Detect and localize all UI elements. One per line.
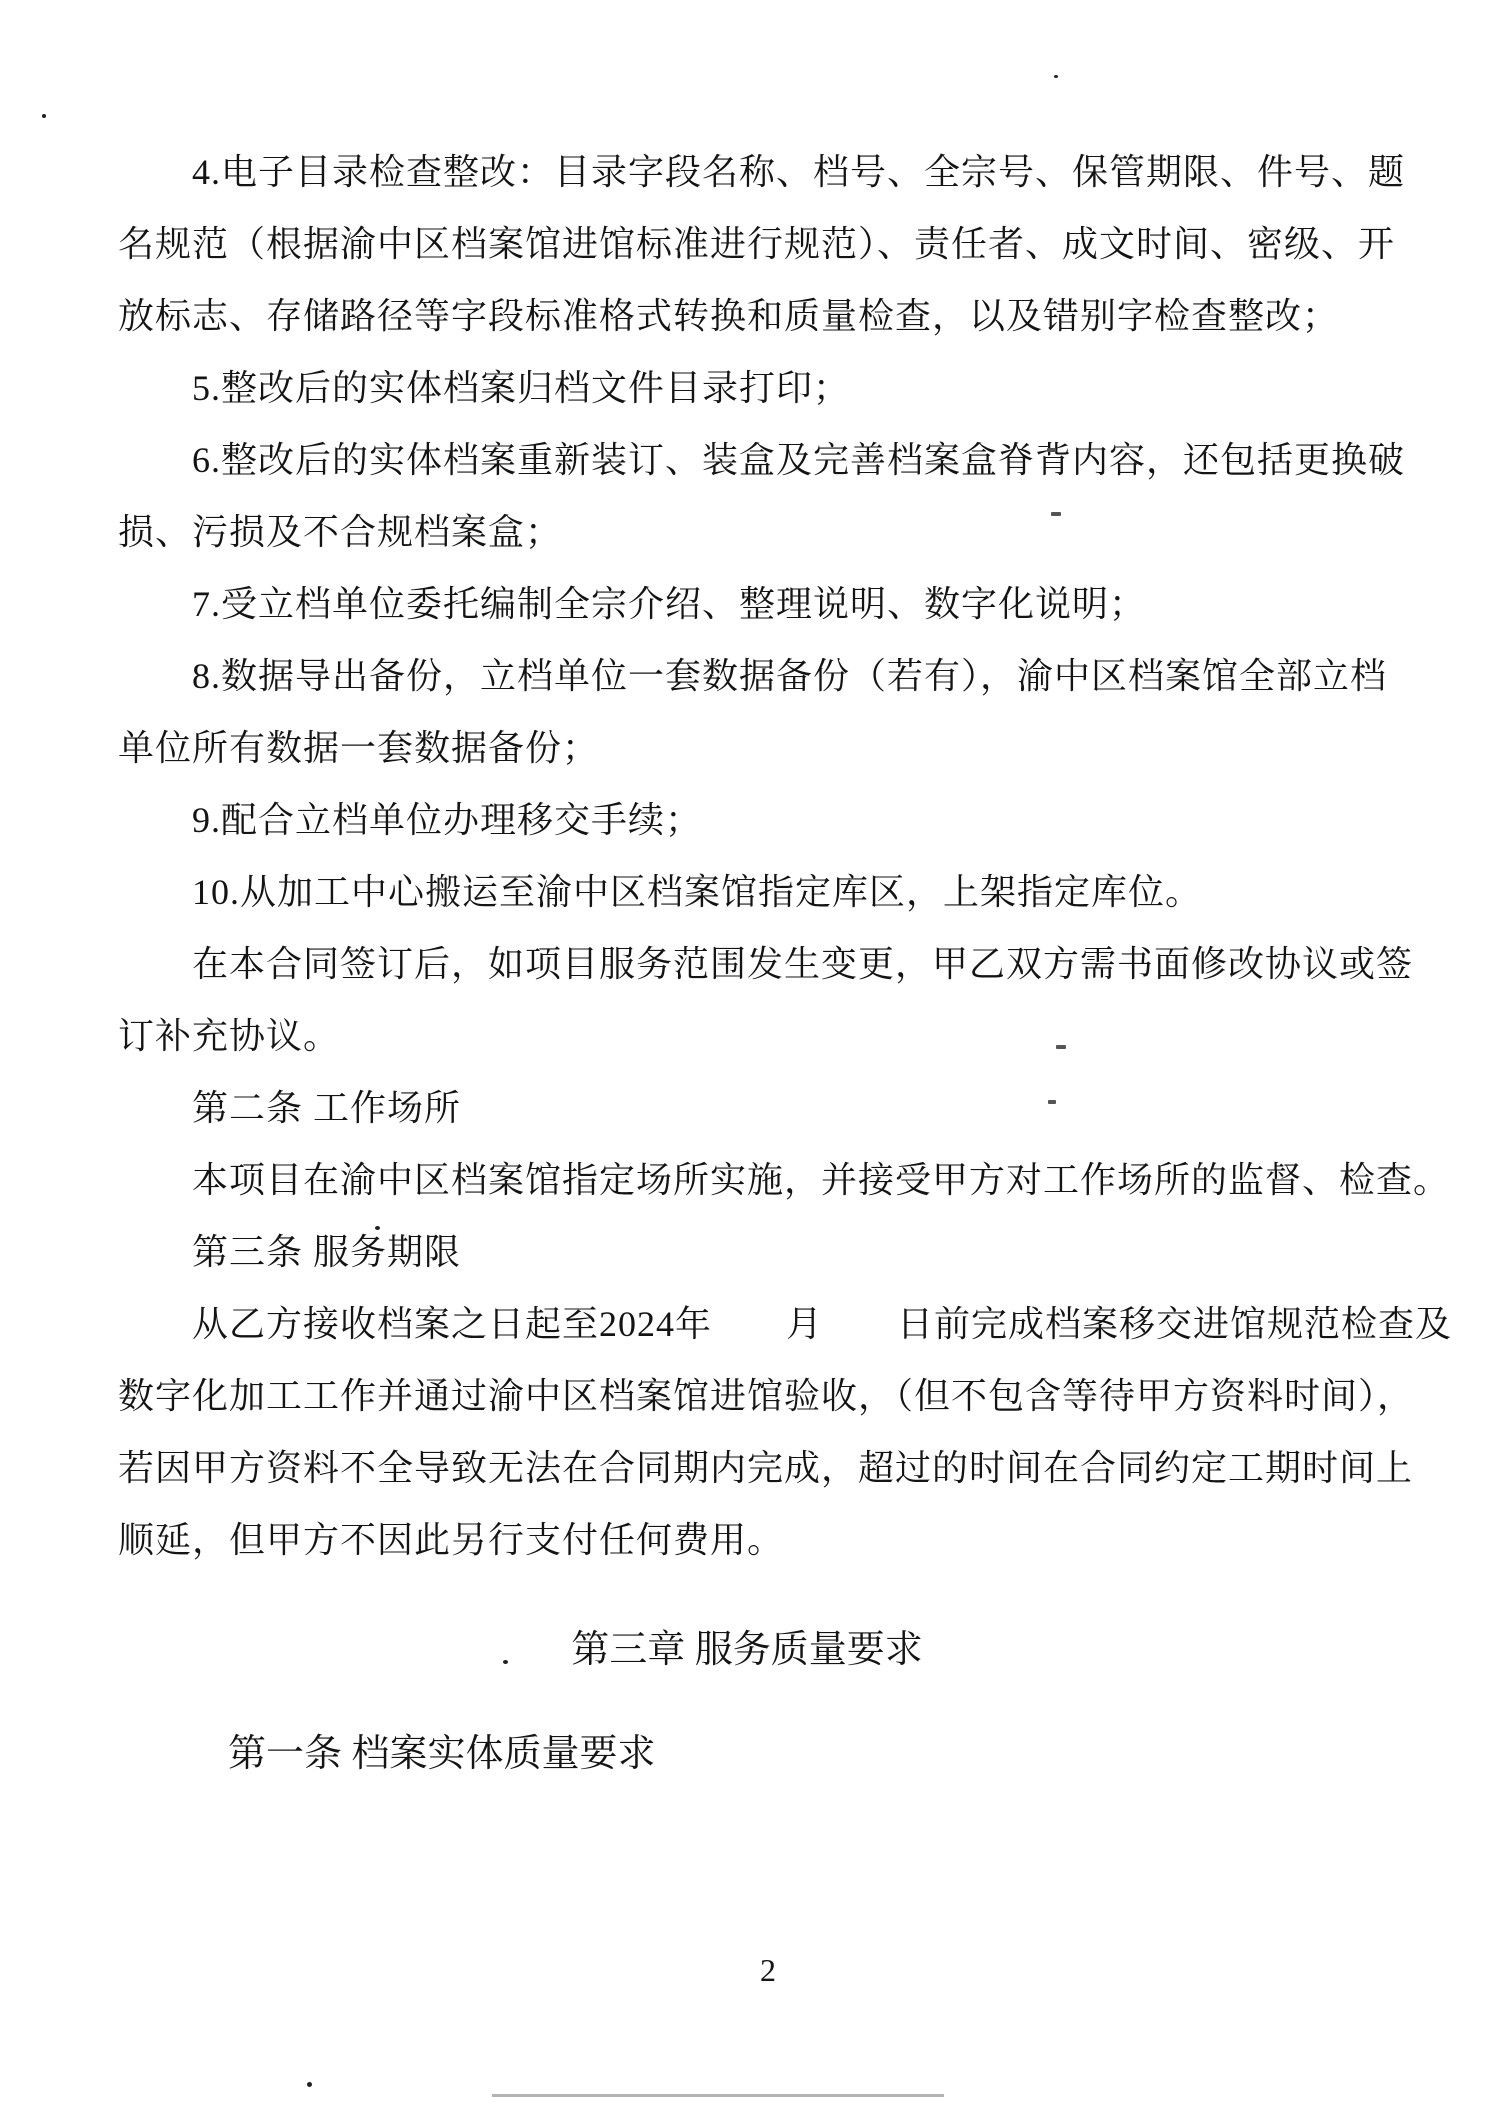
text-line: 5.整改后的实体档案归档文件目录打印；: [118, 352, 1376, 424]
clause-heading-workplace: 第二条 工作场所: [118, 1072, 1376, 1144]
text-line: 数字化加工工作并通过渝中区档案馆进馆验收，（但不包含等待甲方资料时间），: [118, 1360, 1376, 1432]
scanned-contract-page: 4.电子目录检查整改：目录字段名称、档号、全宗号、保管期限、件号、题 名规范（根…: [0, 0, 1488, 2106]
text-line: 8.数据导出备份，立档单位一套数据备份（若有），渝中区档案馆全部立档: [118, 640, 1376, 712]
text-line: 从乙方接收档案之日起至2024年 月 日前完成档案移交进馆规范检查及: [118, 1288, 1376, 1360]
text-line: 9.配合立档单位办理移交手续；: [118, 784, 1376, 856]
text-line: 4.电子目录检查整改：目录字段名称、档号、全宗号、保管期限、件号、题: [118, 136, 1376, 208]
scan-speck: [307, 2082, 312, 2087]
text-line: 损、污损及不合规档案盒；: [118, 496, 1376, 568]
text-line: 6.整改后的实体档案重新装订、装盒及完善档案盒脊背内容，还包括更换破: [118, 424, 1376, 496]
clause-heading-service-term: 第三条 服务期限: [118, 1216, 1376, 1288]
section-heading: 第一条 档案实体质量要求: [118, 1718, 1376, 1790]
text-line: 名规范（根据渝中区档案馆进馆标准进行规范）、责任者、成文时间、密级、开: [118, 208, 1376, 280]
text-line: 在本合同签订后，如项目服务范围发生变更，甲乙双方需书面修改协议或签: [118, 928, 1376, 1000]
page-number: 2: [760, 1950, 776, 1990]
scan-speck: [375, 1226, 380, 1230]
scan-speck: [1056, 1045, 1066, 1049]
text-line: 本项目在渝中区档案馆指定场所实施，并接受甲方对工作场所的监督、检查。: [118, 1144, 1376, 1216]
text-line: 顺延，但甲方不因此另行支付任何费用。: [118, 1504, 1376, 1576]
scan-speck: [1048, 1100, 1056, 1104]
scan-speck: [1047, 448, 1056, 452]
scan-speck: [1054, 75, 1058, 78]
chapter-heading: 第三章 服务质量要求: [118, 1614, 1376, 1686]
scan-speck: [42, 114, 46, 118]
text-line: 订补充协议。: [118, 1000, 1376, 1072]
text-line: 7.受立档单位委托编制全宗介绍、整理说明、数字化说明；: [118, 568, 1376, 640]
document-body: 4.电子目录检查整改：目录字段名称、档号、全宗号、保管期限、件号、题 名规范（根…: [118, 136, 1376, 1790]
text-line: 10.从加工中心搬运至渝中区档案馆指定库区，上架指定库位。: [118, 856, 1376, 928]
scan-edge-artifact: [492, 2094, 944, 2097]
scan-speck: [503, 1660, 508, 1664]
scan-speck: [1051, 512, 1061, 516]
text-line: 单位所有数据一套数据备份；: [118, 712, 1376, 784]
text-line: 若因甲方资料不全导致无法在合同期内完成，超过的时间在合同约定工期时间上: [118, 1432, 1376, 1504]
text-line: 放标志、存储路径等字段标准格式转换和质量检查，以及错别字检查整改；: [118, 280, 1376, 352]
